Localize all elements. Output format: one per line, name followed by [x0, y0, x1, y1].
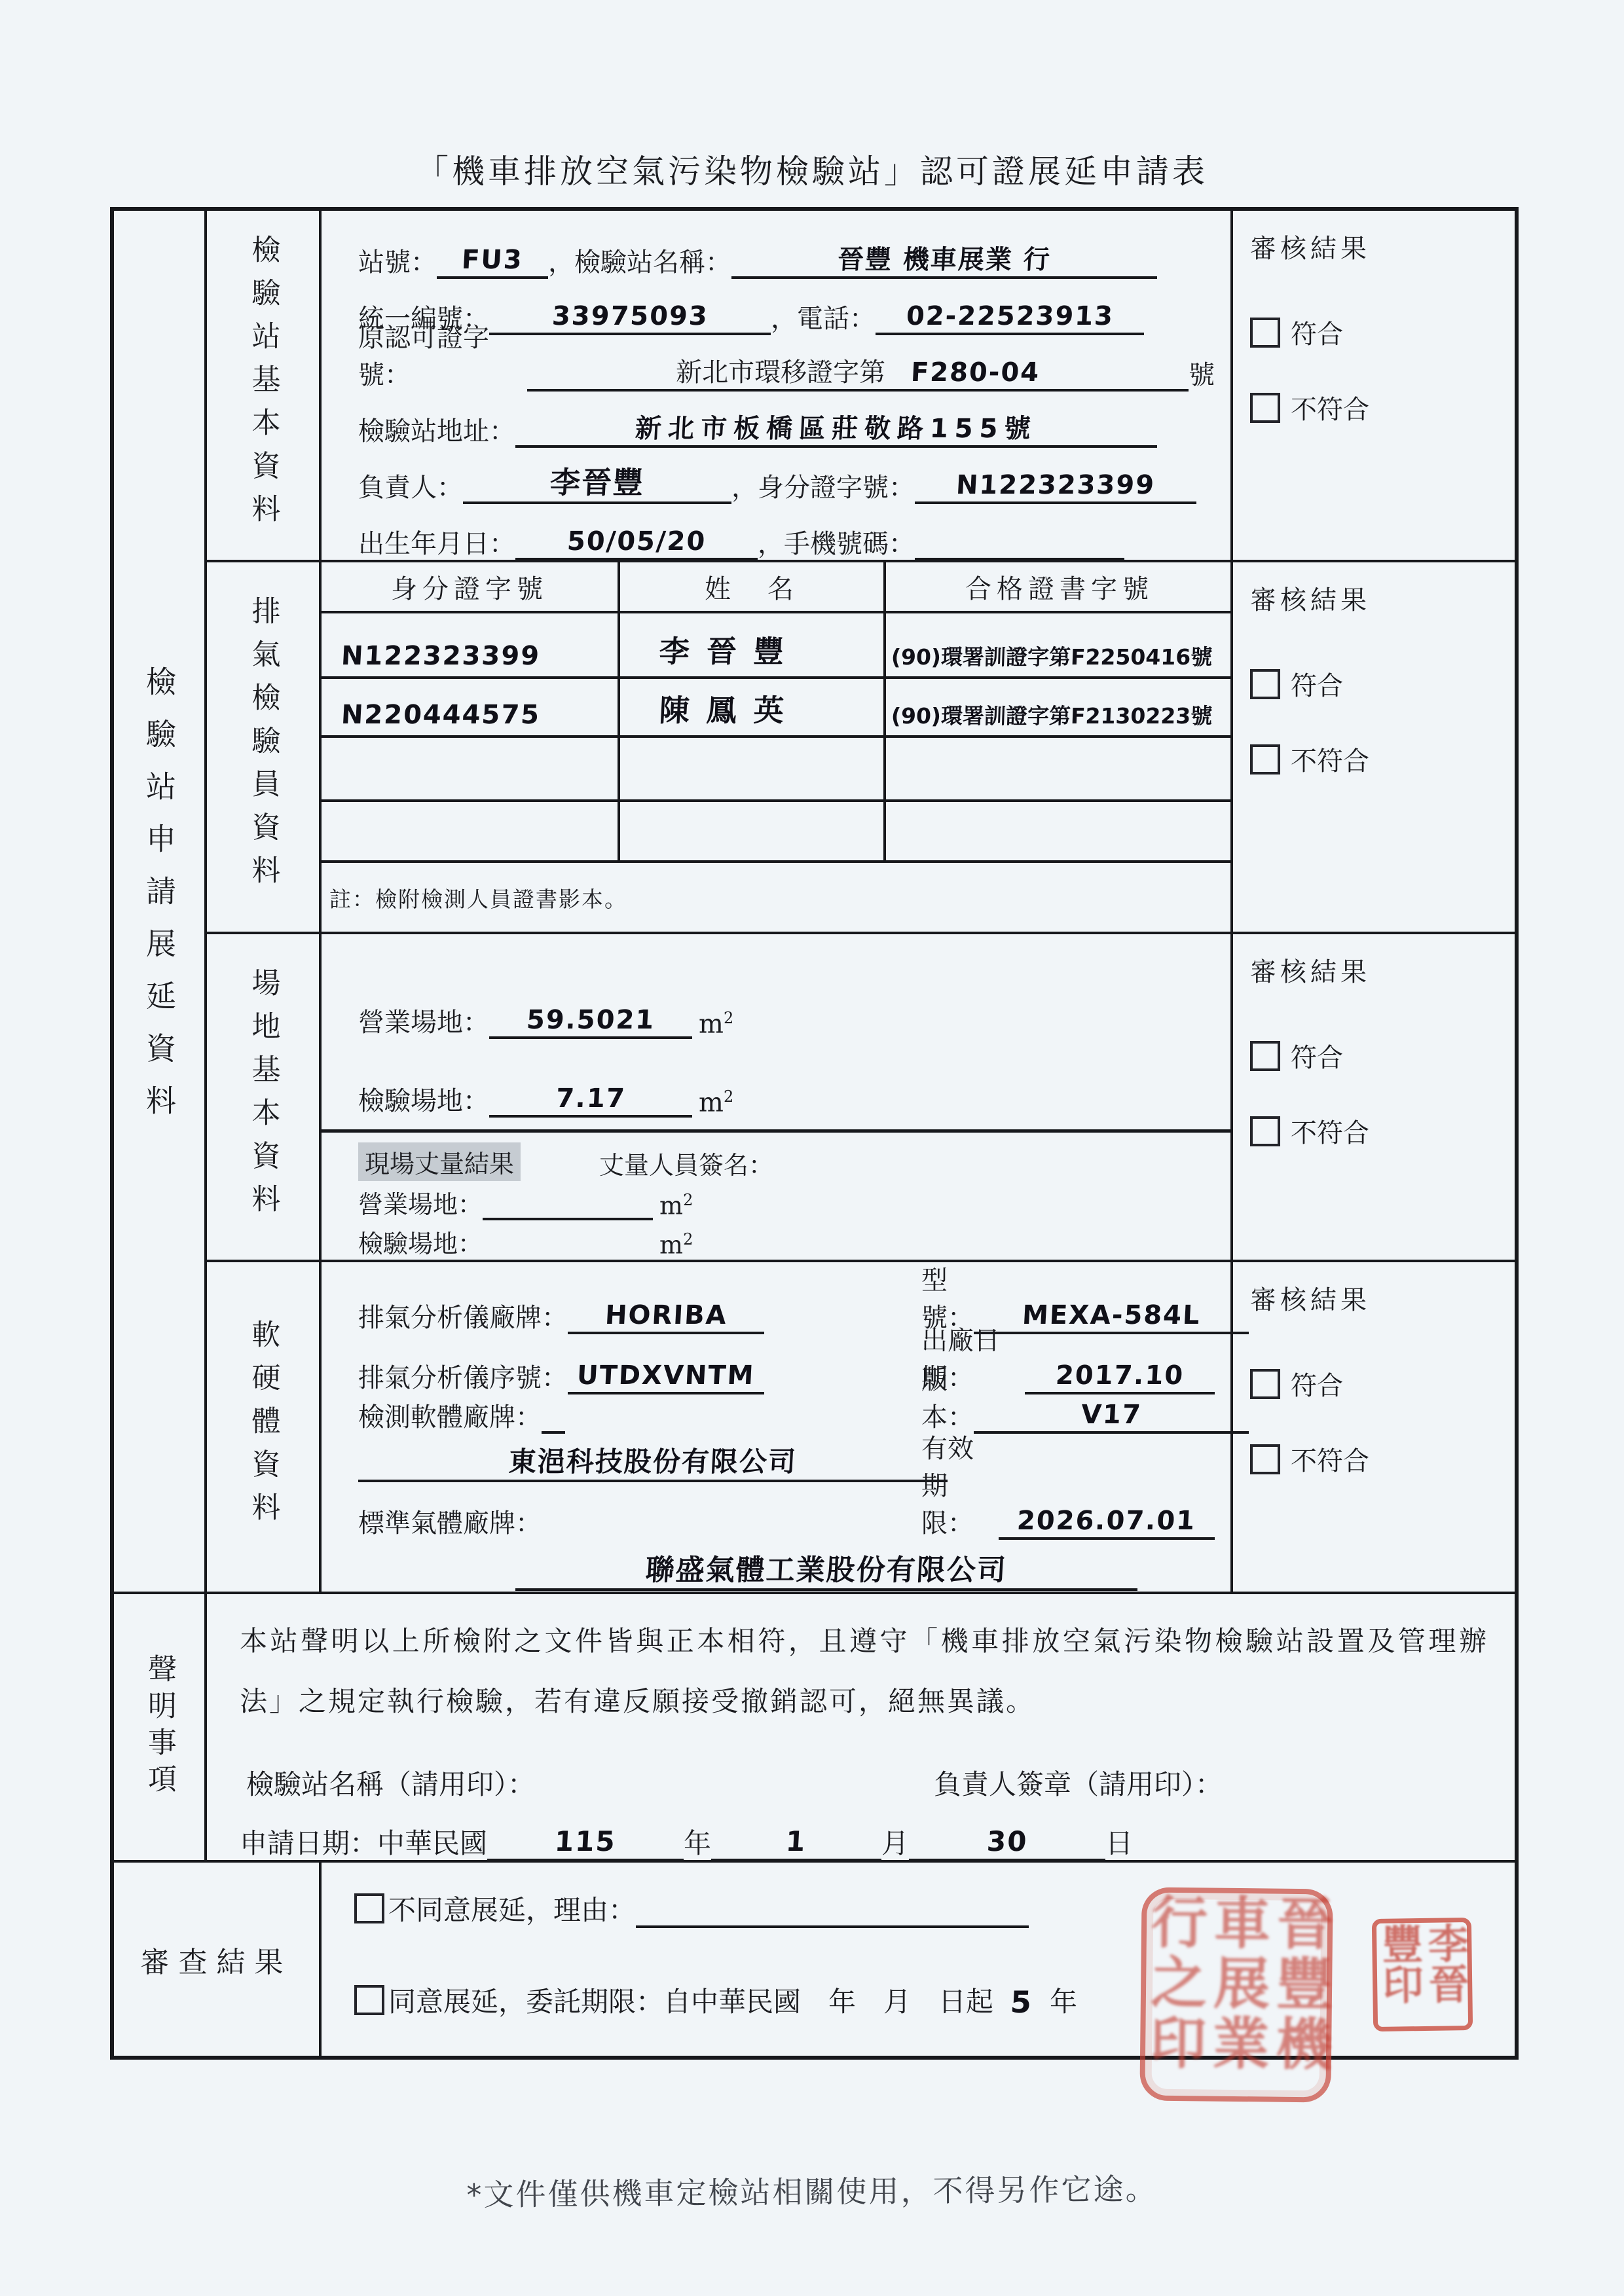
unit-m2: m2	[699, 1087, 733, 1118]
expiry-label: 有效期限：	[921, 1428, 999, 1540]
section-label-declaration: 聲明事項	[114, 1594, 207, 1863]
owner-seal-label: 負責人簽章（請用印）：	[934, 1763, 1223, 1802]
final-review-content: 不同意展延，理由： 同意展延，委託期限：自中華民國 年 月 日起 5 年	[322, 1863, 1515, 2056]
audit-pass-label: 符合	[1291, 314, 1343, 351]
application-date-line: 申請日期：中華民國 115 年 1 月 30 日	[240, 1822, 1488, 1861]
section-label-site-basic: 場地基本資料	[207, 934, 322, 1262]
test-area-line: 檢驗場地： 7.17 m2	[358, 1039, 1215, 1118]
mobile-label: ，手機號碼：	[758, 523, 915, 560]
orig-cert-no: F280-04	[910, 356, 1041, 389]
col-header-cert: 合格證書字號	[886, 562, 1233, 613]
audit-box-station: 審核結果 符合 不符合	[1233, 211, 1515, 562]
address-label: 檢驗站地址：	[358, 410, 515, 448]
orig-cert-prefix: 新北市環移證字第	[676, 357, 885, 388]
audit-pass-label: 符合	[1291, 1037, 1343, 1074]
audit-pass-option: 符合	[1250, 1365, 1499, 1402]
analyzer-brand-field: HORIBA	[568, 1299, 764, 1334]
audit-fail-option: 不符合	[1250, 740, 1499, 778]
owner-field: 李晉豐	[463, 464, 731, 505]
date-year-field: 115	[487, 1825, 684, 1862]
audit-title: 審核結果	[1250, 228, 1499, 265]
checkbox-fail	[1250, 1444, 1280, 1474]
equipment-content: 排氣分析儀廠牌： HORIBA 型號： MEXA-584L 排氣分析儀序號： U…	[322, 1262, 1233, 1594]
audit-pass-option: 符合	[1250, 1037, 1499, 1074]
audit-box-inspectors: 審核結果 符合 不符合	[1233, 562, 1515, 934]
station-no-line: 站號： FU3 ，檢驗站名稱： 晉豐 機車展業 行	[358, 223, 1215, 279]
audit-title: 審核結果	[1250, 1279, 1499, 1317]
month-unit: 月	[881, 1822, 909, 1861]
phone-field: 02-22523913	[876, 300, 1144, 335]
table-row: (90)環署訓證字第F2130223號	[886, 679, 1233, 738]
orig-cert-suffix: 號	[1189, 354, 1215, 392]
section-label-inspectors: 排氣檢驗員資料	[207, 562, 322, 934]
approve-years-value: 5	[1010, 1984, 1034, 2020]
business-area-label: 營業場地：	[358, 1002, 489, 1039]
date-day-field: 30	[909, 1825, 1105, 1862]
birth-field: 50/05/20	[515, 525, 758, 560]
reject-label: 不同意展延，理由：	[388, 1889, 636, 1928]
table-row	[620, 802, 886, 863]
orig-cert-label: 原認可證字號：	[358, 317, 527, 392]
birth-label: 出生年月日：	[358, 523, 515, 560]
id-label: ，身分證字號：	[731, 467, 915, 504]
phone-label: ，電話：	[771, 298, 876, 335]
audit-fail-label: 不符合	[1291, 1112, 1369, 1150]
gas-brand-label: 標準氣體廠牌：	[358, 1503, 542, 1540]
form-title: 「機車排放空氣污染物檢驗站」認可證展延申請表	[0, 145, 1624, 192]
audit-pass-option: 符合	[1250, 665, 1499, 702]
audit-box-equipment: 審核結果 符合 不符合	[1233, 1262, 1515, 1594]
table-row	[886, 738, 1233, 802]
onsite-business-line: 營業場地： m2	[358, 1181, 1215, 1220]
onsite-title-line: 現場丈量結果 丈量人員簽名：	[358, 1142, 1215, 1181]
section-label-station-basic: 檢驗站基本資料	[207, 211, 322, 562]
station-name-field: 晉豐 機車展業 行	[731, 244, 1157, 279]
footer-note: *文件僅供機車定檢站相關使用，不得另作它途。	[466, 2165, 1158, 2214]
station-no-label: 站號：	[358, 242, 437, 279]
audit-fail-option: 不符合	[1250, 389, 1499, 426]
audit-pass-label: 符合	[1291, 1365, 1343, 1402]
station-no-field: FU3	[437, 244, 548, 279]
station-basic-content: 站號： FU3 ，檢驗站名稱： 晉豐 機車展業 行 統一編號： 33975093…	[322, 211, 1233, 562]
onsite-business-label: 營業場地：	[358, 1184, 483, 1220]
gas-brand-line: 標準氣體廠牌： 有效期限： 2026.07.01	[358, 1482, 1215, 1540]
day-unit: 日	[1105, 1822, 1133, 1861]
table-row	[322, 738, 620, 802]
audit-pass-option: 符合	[1250, 314, 1499, 351]
expiry-field: 2026.07.01	[999, 1504, 1215, 1540]
application-date-label: 申請日期：中華民國	[240, 1822, 487, 1861]
audit-fail-label: 不符合	[1291, 740, 1369, 778]
section-label-equipment: 軟硬體資料	[207, 1262, 322, 1594]
surveyor-signature-label: 丈量人員簽名：	[599, 1145, 773, 1181]
table-row: N220444575	[322, 679, 620, 738]
table-row	[620, 738, 886, 802]
onsite-test-field	[483, 1231, 653, 1260]
software-brand-field: 東浥科技股份有限公司	[358, 1440, 948, 1482]
gas-brand-field: 聯盛氣體工業股份有限公司	[515, 1546, 1137, 1591]
mobile-field	[915, 525, 1124, 560]
scanned-application-form: 「機車排放空氣污染物檢驗站」認可證展延申請表 檢驗站申請展延資料 檢驗站基本資料…	[0, 0, 1624, 2296]
col-header-id: 身分證字號	[322, 562, 620, 613]
application-table: 檢驗站申請展延資料 檢驗站基本資料 站號： FU3 ，檢驗站名稱： 晉豐 機車展…	[110, 207, 1519, 2060]
address-line: 檢驗站地址： 新北市板橋區莊敬路155號	[358, 392, 1215, 448]
checkbox-pass	[1250, 1041, 1280, 1071]
year-unit: 年	[684, 1822, 711, 1861]
inspectors-content: 身分證字號 姓 名 合格證書字號 N122323399 李晉豐 (90)環署訓證…	[322, 562, 1233, 934]
analyzer-serial-label: 排氣分析儀序號：	[358, 1357, 568, 1394]
birth-line: 出生年月日： 50/05/20 ，手機號碼：	[358, 504, 1215, 560]
table-row: (90)環署訓證字第F2250416號	[886, 613, 1233, 679]
table-row: N122323399	[322, 613, 620, 679]
checkbox-reject	[354, 1893, 384, 1923]
id-field: N122323399	[915, 469, 1196, 504]
date-month-field: 1	[711, 1825, 881, 1862]
gas-brand-value-line: 聯盛氣體工業股份有限公司	[358, 1540, 1215, 1591]
declaration-content: 本站聲明以上所檢附之文件皆與正本相符，且遵守「機車排放空氣污染物檢驗站設置及管理…	[207, 1594, 1515, 1863]
uniform-no-field: 33975093	[489, 300, 771, 335]
checkbox-pass	[1250, 318, 1280, 348]
audit-fail-option: 不符合	[1250, 1112, 1499, 1150]
approve-years-unit: 年	[1050, 1980, 1077, 2020]
audit-pass-label: 符合	[1291, 665, 1343, 702]
audit-fail-option: 不符合	[1250, 1440, 1499, 1478]
reject-option-line: 不同意展延，理由：	[354, 1889, 1499, 1928]
approve-label: 同意展延，委託期限：自中華民國 年 月 日起	[388, 1980, 993, 2020]
seal-labels-line: 檢驗站名稱（請用印）： 負責人簽章（請用印）：	[240, 1763, 1488, 1802]
onsite-business-field	[483, 1187, 653, 1221]
audit-title: 審核結果	[1250, 951, 1499, 989]
checkbox-fail	[1250, 393, 1280, 423]
table-row	[886, 802, 1233, 863]
business-area-line: 營業場地： 59.5021 m2	[358, 960, 1215, 1039]
audit-box-site: 審核結果 符合 不符合	[1233, 934, 1515, 1262]
owner-label: 負責人：	[358, 467, 463, 504]
audit-title: 審核結果	[1250, 579, 1499, 617]
declaration-text: 本站聲明以上所檢附之文件皆與正本相符，且遵守「機車排放空氣污染物檢驗站設置及管理…	[240, 1611, 1488, 1732]
inspectors-table: 身分證字號 姓 名 合格證書字號 N122323399 李晉豐 (90)環署訓證…	[322, 562, 1230, 863]
station-seal-label: 檢驗站名稱（請用印）：	[246, 1763, 535, 1802]
col-header-name: 姓 名	[620, 562, 886, 613]
audit-fail-label: 不符合	[1291, 389, 1369, 426]
section-label-final-review: 審查結果	[114, 1863, 322, 2056]
audit-fail-label: 不符合	[1291, 1440, 1369, 1478]
test-area-field: 7.17	[489, 1082, 692, 1118]
unit-m2: m2	[699, 1009, 733, 1039]
address-field: 新北市板橋區莊敬路155號	[515, 412, 1157, 448]
station-name-label: ，檢驗站名稱：	[548, 242, 731, 279]
unit-m2: m2	[659, 1230, 693, 1260]
checkbox-fail	[1250, 1116, 1280, 1146]
reject-reason-field	[636, 1925, 1029, 1928]
checkbox-pass	[1250, 669, 1280, 699]
onsite-test-label: 檢驗場地：	[358, 1224, 483, 1260]
owner-line: 負責人： 李晉豐 ，身分證字號： N122323399	[358, 448, 1215, 504]
table-row: 陳鳳英	[620, 679, 886, 738]
inspectors-note: 註：檢附檢測人員證書影本。	[322, 863, 1230, 913]
checkbox-fail	[1250, 744, 1280, 774]
test-area-label: 檢驗場地：	[358, 1080, 489, 1118]
orig-cert-line: 原認可證字號： 新北市環移證字第 F280-04 號	[358, 335, 1215, 392]
table-row	[322, 802, 620, 863]
approve-option-line: 同意展延，委託期限：自中華民國 年 月 日起 5 年	[354, 1980, 1499, 2020]
table-row: 李晉豐	[620, 613, 886, 679]
analyzer-serial-field: UTDXVNTM	[568, 1359, 764, 1394]
version-label: 版本：	[921, 1359, 974, 1434]
business-area-field: 59.5021	[489, 1004, 692, 1039]
unit-m2: m2	[659, 1191, 693, 1220]
group-label-extension-data: 檢驗站申請展延資料	[114, 211, 207, 1594]
checkbox-approve	[354, 1985, 384, 2015]
onsite-measurement-title: 現場丈量結果	[358, 1142, 521, 1181]
checkbox-pass	[1250, 1369, 1280, 1399]
software-brand-tick	[542, 1431, 565, 1434]
analyzer-brand-label: 排氣分析儀廠牌：	[358, 1297, 568, 1334]
software-brand-label: 檢測軟體廠牌：	[358, 1396, 542, 1434]
orig-cert-field: 新北市環移證字第 F280-04	[527, 356, 1189, 392]
onsite-test-line: 檢驗場地： m2	[358, 1220, 1215, 1260]
site-content: 營業場地： 59.5021 m2 檢驗場地： 7.17 m2 現場丈量結果 丈量…	[322, 934, 1233, 1262]
